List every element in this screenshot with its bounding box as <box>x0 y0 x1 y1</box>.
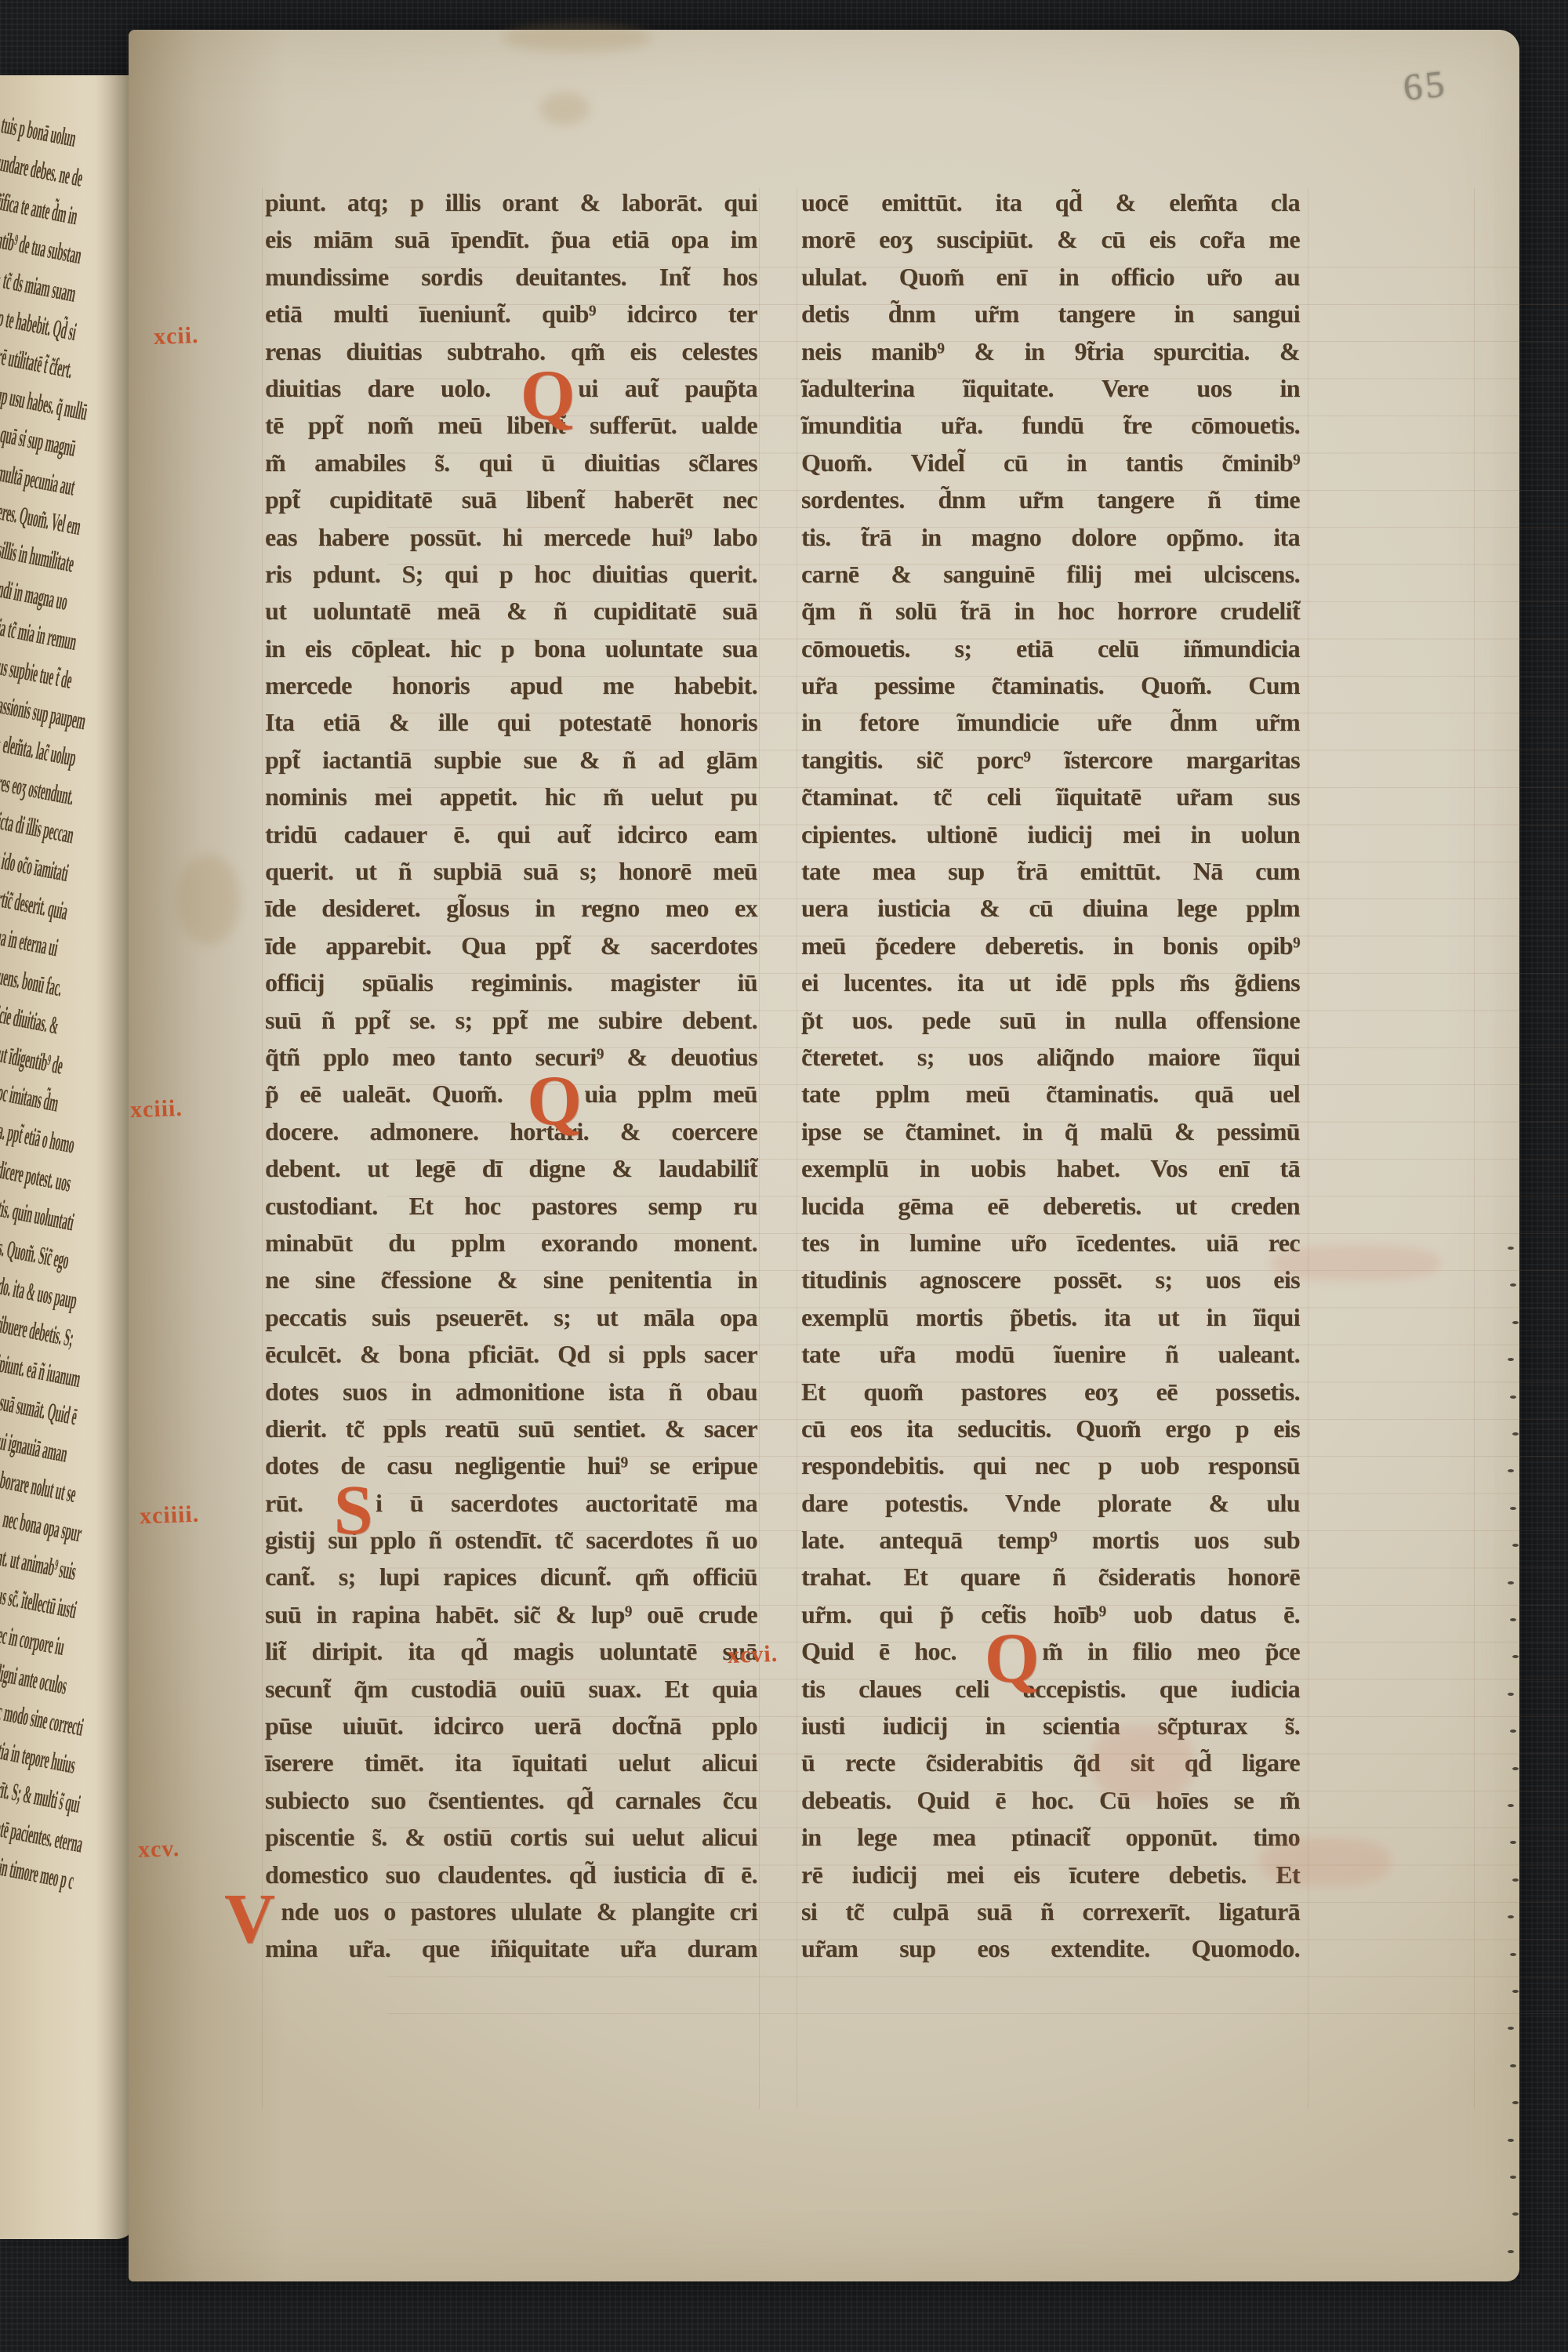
text-line: detis d̃nm ur̃m tangere in sangui <box>801 299 1300 336</box>
text-line: trahat. Et quare ñ c̃sideratis honorē <box>801 1563 1300 1599</box>
text-line: tate ur̃a modū ĩuenire ñ ualeant. <box>801 1340 1300 1377</box>
text-line: diuitias dare uolo. Qui aut̃ paup̃ta <box>265 374 757 411</box>
text-line: morē eoʒ suscipiūt. & cū eis cor̃a me <box>801 225 1300 262</box>
text-line: officij spūalis regiminis. magister iū <box>265 968 757 1005</box>
text-line: tē ppt̃ nom̃ meū libent̃ sufferūt. ualde <box>265 411 757 448</box>
text-line: c̃teretet. s; uos aliq̃ndo maiore ĩiqui <box>801 1043 1300 1080</box>
text-line: renas diuitias subtraho. qm̃ eis celeste… <box>265 337 757 374</box>
text-line: Et quom̃ pastores eoʒ eē possetis. <box>801 1377 1300 1414</box>
text-line: cant̃. s; lupi rapices dicunt̃. qm̃ offi… <box>265 1563 757 1599</box>
rubric-initial: Q <box>982 1620 1042 1697</box>
chapter-number-xciii: xciii. <box>129 1095 183 1123</box>
text-line: tis claues celi accepistis. que iudicia <box>801 1675 1300 1711</box>
pricking-hole <box>1508 2250 1514 2253</box>
text-line: ur̃am sup eos extendite. Quomodo. <box>801 1934 1300 1971</box>
text-line: carnē & sanguinē filij mei ulciscens. <box>801 560 1300 597</box>
text-line: minabūt du pplm exorando monent. <box>265 1229 757 1265</box>
text-line: ipse se c̃taminet. in q̃ malū & pessimū <box>801 1117 1300 1154</box>
chapter-number-xcvi: xcvi. <box>727 1641 778 1669</box>
text-line: docere. admonere. hortari. & coercere <box>265 1117 757 1154</box>
ruling-vertical <box>797 188 797 2109</box>
pricking-hole <box>1508 1693 1514 1696</box>
text-line: debeatis. Quid ē hoc. Cū hoīes se m̃ <box>801 1786 1300 1823</box>
text-line: Ita etiā & ille qui potestatē honoris <box>265 708 757 745</box>
text-line: neis manib⁹ & in 9t̃ria spurcitia. & <box>801 337 1300 374</box>
text-line: ppt̃ cupiditatē suā libent̃ haberēt nec <box>265 485 757 522</box>
pricking-hole <box>1512 1767 1519 1770</box>
text-line: dierit. tc̃ ppls reatū suū sentiet. & sa… <box>265 1414 757 1451</box>
text-line: ur̃a pessime c̃taminatis. Quom̃. Cum <box>801 671 1300 708</box>
text-line: exemplū in uobis habet. Vos enī tā <box>801 1154 1300 1191</box>
ruling-vertical <box>1308 188 1308 2109</box>
text-line: cū eos ita seducitis. Quom̃ ergo p eis <box>801 1414 1300 1451</box>
ink-offset-mark <box>1261 1838 1390 1886</box>
text-line: ēculcēt. & bona pficiāt. Qd si ppls sace… <box>265 1340 757 1377</box>
text-line: subiecto suo c̃sentientes. qd̃ carnales … <box>265 1786 757 1823</box>
text-line: lit̃ diripit. ita qd̃ magis uoluntatē su… <box>265 1637 757 1674</box>
text-line: cipientes. ultionē iudicij mei in uolun <box>801 820 1300 857</box>
text-line: cōmouetis. s; etiā celū iñmundicia <box>801 634 1300 671</box>
text-line: ris pdunt. S; qui p hoc diuitias querit. <box>265 560 757 597</box>
text-line: suū ñ ppt̃ se. s; ppt̃ me subire debent. <box>265 1006 757 1043</box>
pricking-hole <box>1512 1990 1519 1993</box>
text-line: mundissime sordis deuitantes. Int̃ hos <box>265 263 757 299</box>
rubric-initial: Q <box>517 357 578 434</box>
text-line: tangitis. sic̃ porc⁹ ĩstercore margarita… <box>801 746 1300 782</box>
text-line: late. antequā temp⁹ mortis uos sub <box>801 1526 1300 1563</box>
text-line: īde desideret. gl̃osus in regno meo ex <box>265 894 757 931</box>
text-line: iusti iudicij in scientia sc̃pturax s̃. <box>801 1711 1300 1748</box>
text-line: secunt̃ q̃m custodiā ouiū suax. Et quia <box>265 1675 757 1711</box>
text-line: dotes suos in admonitione ista ñ obau <box>265 1377 757 1414</box>
chapter-number-xcii: xcii. <box>153 322 199 350</box>
text-line: meū p̃cedere deberetis. in bonis opib⁹ <box>801 931 1300 968</box>
text-line: ĩmunditia ur̃a. fundū t̃re cōmouetis. <box>801 411 1300 448</box>
text-line: m̃ amabiles s̃. qui ū diuitias sc̃lares <box>265 448 757 485</box>
ruling-vertical <box>262 188 263 2109</box>
text-line: tate mea sup t̃rā emittūt. Nā cum <box>801 857 1300 894</box>
text-line: rē iudicij mei eis īcutere debetis. Et <box>801 1860 1300 1897</box>
text-line: p̃t uos. pede suū in nulla offensione <box>801 1006 1300 1043</box>
folio-number: 65 <box>1401 62 1449 110</box>
text-line: querit. ut ñ supbiā suā s; honorē meū <box>265 857 757 894</box>
text-line: custodiant. Et hoc pastores semp ru <box>265 1192 757 1229</box>
chapter-number-xciiii: xciiii. <box>139 1501 199 1530</box>
text-line: tate pplm meū c̃taminatis. quā uel <box>801 1080 1300 1116</box>
text-line: eas habere possūt. hi mercede hui⁹ labo <box>265 523 757 560</box>
text-line: etiā multi īueniunt̃. quib⁹ idcirco ter <box>265 299 757 336</box>
text-line: lucida gēma eē deberetis. ut creden <box>801 1192 1300 1229</box>
text-line: īde apparebit. Qua ppt̃ & sacerdotes <box>265 931 757 968</box>
text-line: pūse uiuūt. idcirco uerā doct̃nā pplo <box>265 1711 757 1748</box>
text-column-right: uocē emittūt. ita qd̃ & elem̃ta clamorē … <box>801 188 1300 1972</box>
pricking-hole <box>1508 1804 1514 1807</box>
text-line: ppt̃ iactantiā supbie sue & ñ ad glām <box>265 746 757 782</box>
text-line: tridū cadauer ē. qui aut̃ idcirco eam <box>265 820 757 857</box>
manuscript-photo: is tuis p bonā uolunbundare debes. ne de… <box>0 0 1568 2352</box>
text-line: titudinis agnoscere possēt. s; uos eis <box>801 1265 1300 1302</box>
text-line: ululat. Quom̃ enī in officio ur̃o au <box>801 263 1300 299</box>
text-line: ur̃m. qui p̃ cet̃is hoīb⁹ uob datus ē. <box>801 1600 1300 1637</box>
stain <box>177 855 240 945</box>
text-line: in lege mea ptinacit̃ opponūt. timo <box>801 1823 1300 1860</box>
chapter-number-xcv: xcv. <box>137 1835 180 1864</box>
text-column-left: piunt. atq; p illis orant & laborāt. qui… <box>265 188 757 1972</box>
text-line: īserere timēt. ita īquitati uelut alicui <box>265 1748 757 1785</box>
text-line: eis miām suā īpendīt. p̃ua etiā opa im <box>265 225 757 262</box>
ruling-vertical <box>1474 188 1475 2109</box>
ink-offset-mark <box>1272 1245 1440 1281</box>
rubric-initial: Q <box>524 1062 584 1140</box>
pricking-hole <box>1510 1618 1516 1621</box>
text-line: tis. t̃rā in magno dolore opp̃mo. ita <box>801 523 1300 560</box>
pricking-hole <box>1512 1321 1519 1324</box>
text-line: nominis mei appetit. hic m̃ uelut pu <box>265 782 757 819</box>
text-line: debent. ut legē dī digne & laudabilit̃ <box>265 1154 757 1191</box>
pricking-hole <box>1510 1507 1516 1510</box>
text-line: mercede honoris apud me habebit. <box>265 671 757 708</box>
pricking-hole <box>1510 2176 1516 2179</box>
text-line: respondebitis. qui nec p uob responsū <box>801 1451 1300 1488</box>
facing-page-fragment: is tuis p bonā uolunbundare debes. ne de… <box>0 75 136 2239</box>
pricking-hole <box>1512 1878 1519 1882</box>
text-line: ĩadulterina ĩiquitate. Vere uos in <box>801 374 1300 411</box>
rubric-initial: S <box>331 1472 376 1549</box>
text-line: Quid ē hoc. Qm̃ in filio meo p̃ce <box>801 1637 1300 1674</box>
pricking-hole <box>1512 1432 1519 1436</box>
text-line: uocē emittūt. ita qd̃ & elem̃ta cla <box>801 188 1300 225</box>
text-line: exemplū mortis p̃betis. ita ut in ĩiqui <box>801 1303 1300 1340</box>
text-line: q̃m ñ solū t̃rā in hoc horrore crudelit̃ <box>801 597 1300 633</box>
text-line: rūt. Si ū sacerdotes auctoritatē ma <box>265 1489 757 1526</box>
ruling-vertical <box>759 188 760 2109</box>
text-line: si tc̃ culpā suā ñ correxerīt. ligaturā <box>801 1897 1300 1934</box>
pricking-hole <box>1510 1953 1516 1956</box>
text-line: tes in lumine ur̃o īcedentes. uiā rec <box>801 1229 1300 1265</box>
text-line: piunt. atq; p illis orant & laborāt. qui <box>265 188 757 225</box>
stain <box>539 93 590 125</box>
text-line: q̃tñ pplo meo tanto securi⁹ & deuotius <box>265 1043 757 1080</box>
text-line: uera iusticia & cū diuina lege pplm <box>801 894 1300 931</box>
pricking-hole <box>1508 1581 1514 1584</box>
text-line: piscentie s̃. & ostiū cortis sui uelut a… <box>265 1823 757 1860</box>
rubric-initial: V <box>221 1880 278 1958</box>
text-line: p̃ eē ualeāt. Quom̃. Quia pplm meū <box>265 1080 757 1116</box>
pricking-hole <box>1508 2139 1514 2142</box>
text-line: domestico suo claudentes. qd̃ iusticia d… <box>265 1860 757 1897</box>
text-line: ut uoluntatē meā & ñ cupiditatē suā <box>265 597 757 633</box>
ink-offset-mark <box>1091 1725 1193 1800</box>
text-line: in eis cōpleat. hic p bona uoluntate sua <box>265 634 757 671</box>
text-line: c̃taminat. tc̃ celi ĩiquitatē ur̃am sus <box>801 782 1300 819</box>
text-line: in fetore ĩmundicie ur̃e d̃nm ur̃m <box>801 708 1300 745</box>
text-line: ū recte c̃siderabitis q̃d sit qd̃ ligare <box>801 1748 1300 1785</box>
pricking-hole <box>1508 1247 1514 1250</box>
pricking-hole <box>1510 1396 1516 1399</box>
text-line: ne sine c̃fessione & sine penitentia in <box>265 1265 757 1302</box>
text-line: peccatis suis pseuerēt. s; ut māla opa <box>265 1303 757 1340</box>
text-line: Quom̃. Videl̃ cū in tantis c̃minib⁹ <box>801 448 1300 485</box>
text-line: Vnde uos o pastores ululate & plangite c… <box>265 1897 757 1934</box>
text-line: dare potestis. Vnde plorate & ulu <box>801 1489 1300 1526</box>
text-line: mina ur̃a. que iñiquitate ur̃a duram <box>265 1934 757 1971</box>
text-line: suū in rapina habēt. sic̃ & lup⁹ ouē cru… <box>265 1600 757 1637</box>
pricking-hole <box>1510 2064 1516 2067</box>
text-line: sordentes. d̃nm ur̃m tangere ñ time <box>801 485 1300 522</box>
stain <box>502 24 651 52</box>
text-line: ei lucentes. ita ut idē ppls m̃s g̃diens <box>801 968 1300 1005</box>
